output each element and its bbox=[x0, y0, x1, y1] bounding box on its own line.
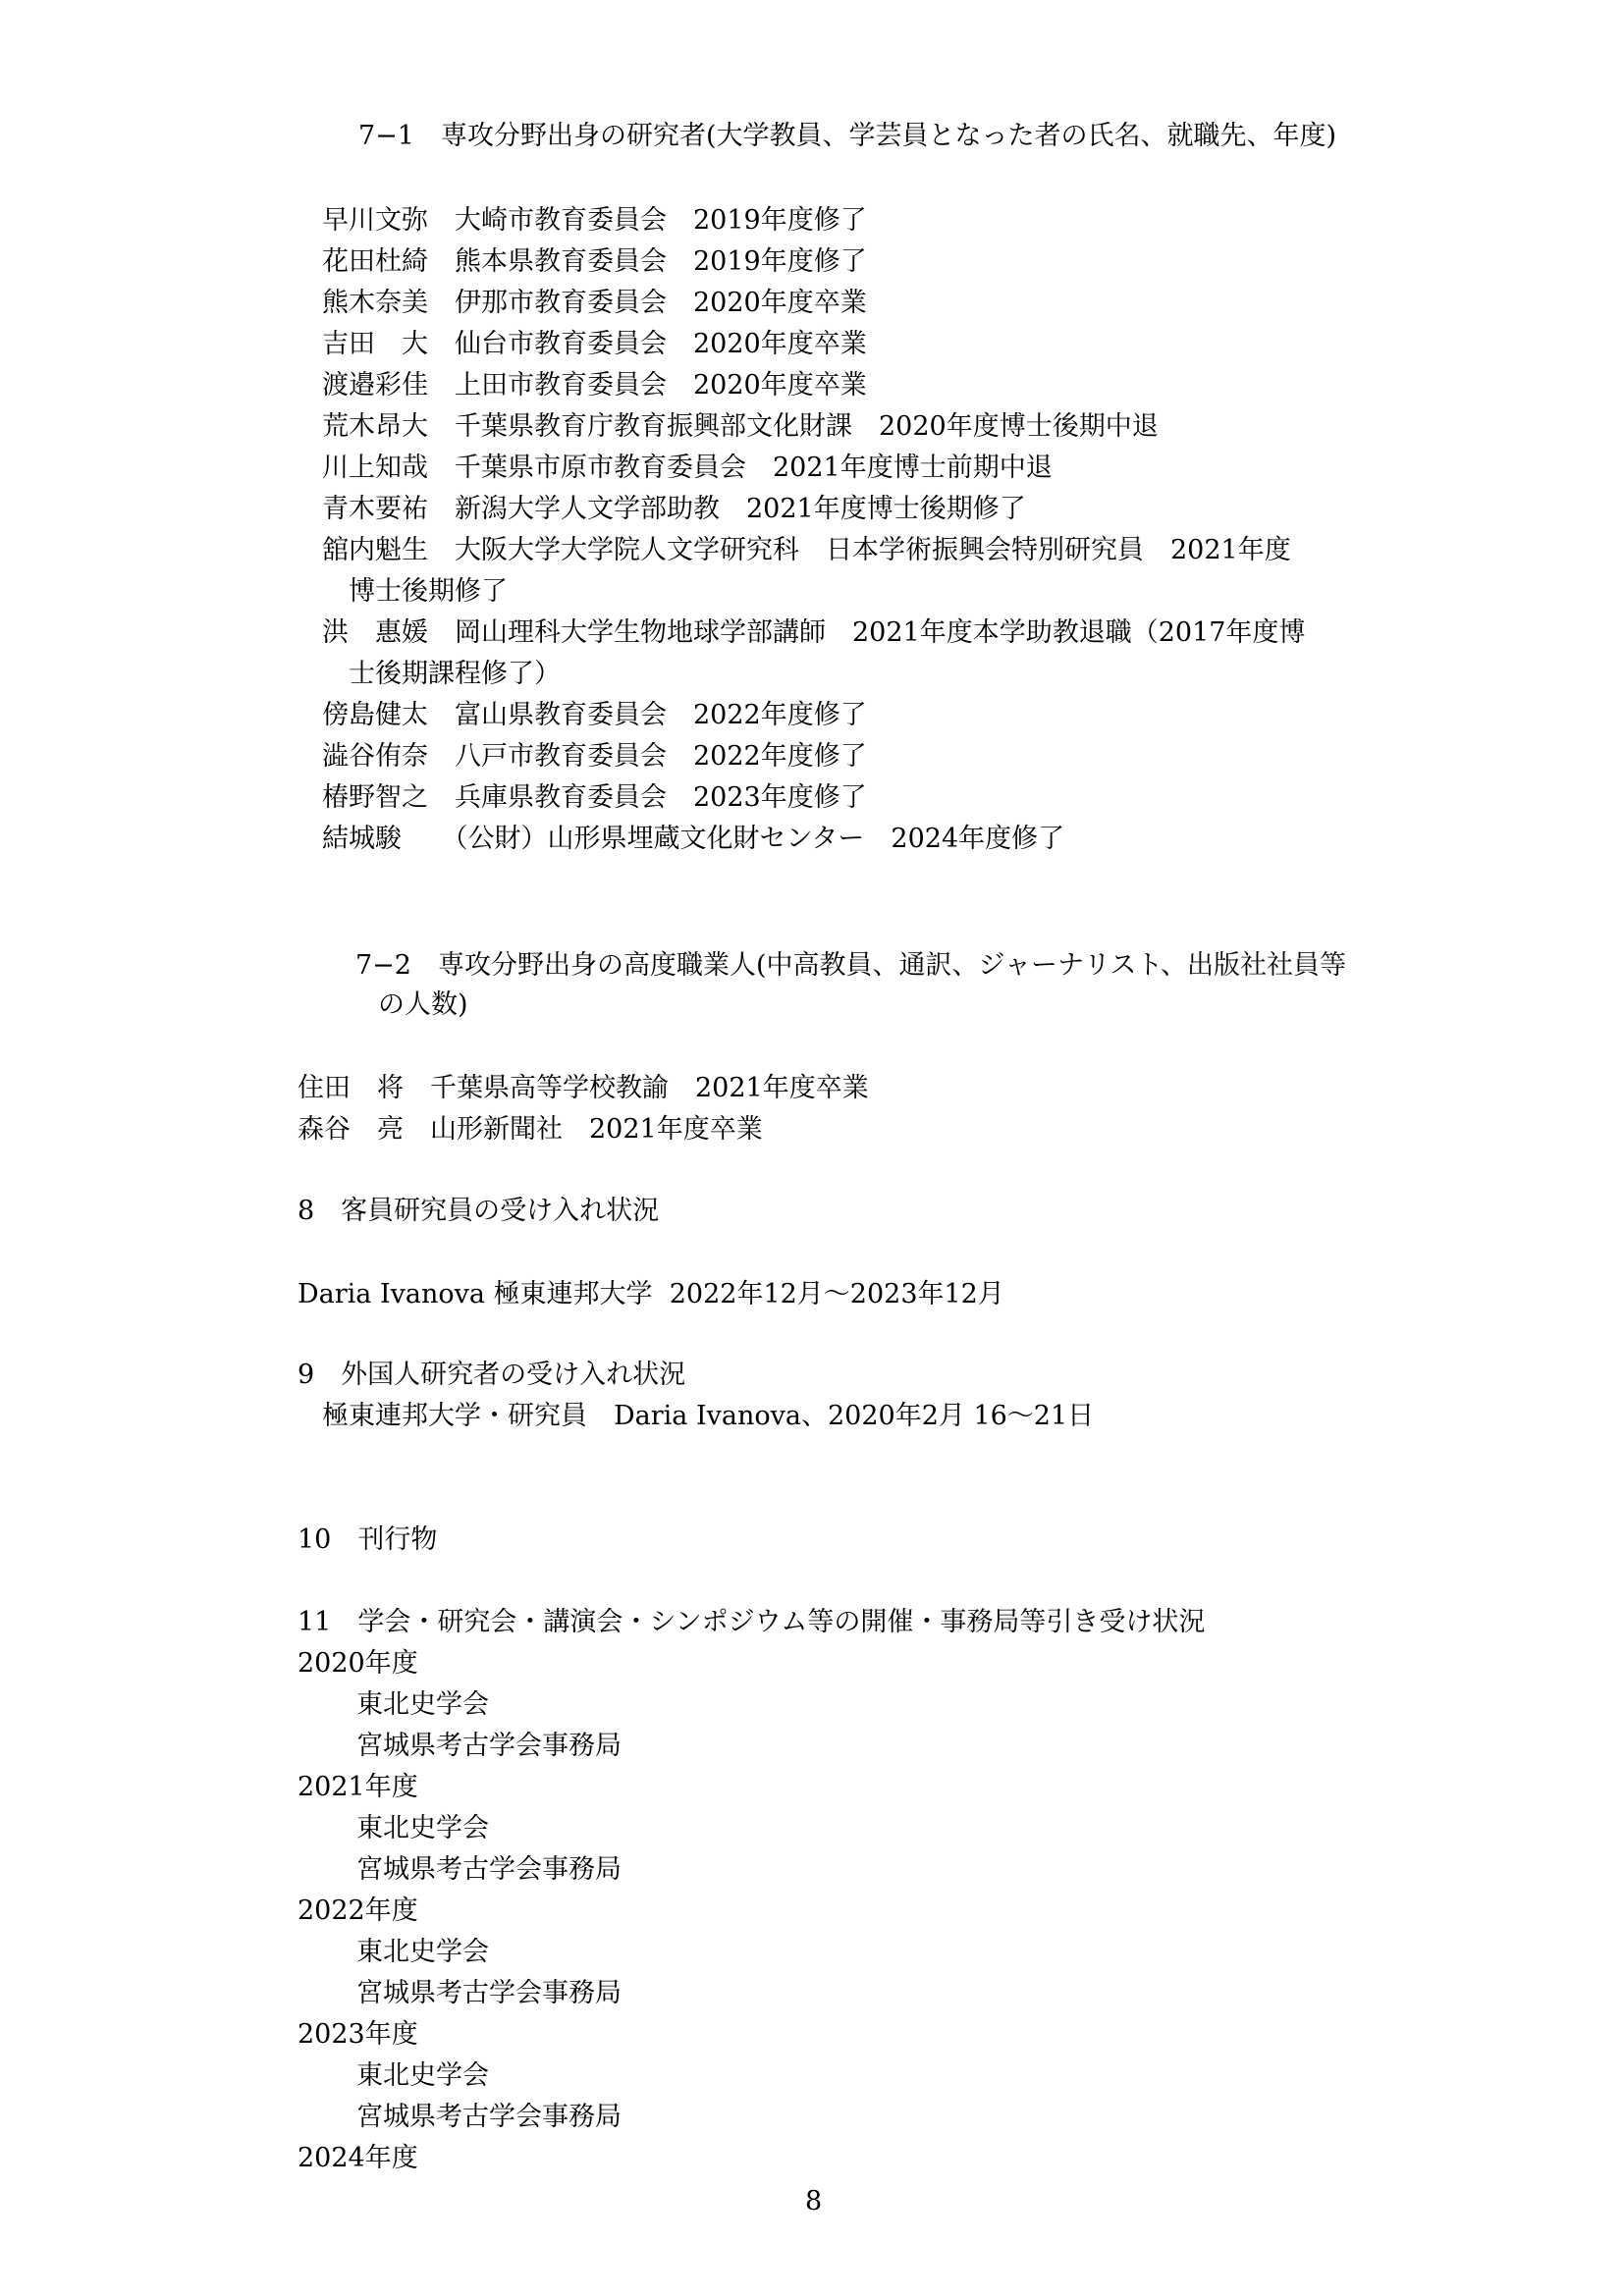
year-label: 2021年度 bbox=[298, 1771, 418, 1804]
page-number: 8 bbox=[805, 2185, 822, 2218]
list-item: 宮城県考古学会事務局 bbox=[356, 1730, 622, 1763]
list-item: 早川文弥 大崎市教育委員会 2019年度修了 bbox=[322, 204, 867, 238]
list-item: 舘内魁生 大阪大学大学院人文学研究科 日本学術振興会特別研究員 2021年度 bbox=[322, 534, 1291, 567]
year-label: 2023年度 bbox=[298, 2018, 418, 2052]
section-7-2-heading-continuation: の人数) bbox=[378, 988, 468, 1022]
list-item: 荒木昂大 千葉県教育庁教育振興部文化財課 2020年度博士後期中退 bbox=[322, 410, 1159, 444]
section-8-heading: 8 客員研究員の受け入れ状況 bbox=[298, 1195, 659, 1228]
list-item-continuation: 博士後期修了 bbox=[349, 575, 508, 609]
list-item: 宮城県考古学会事務局 bbox=[356, 1977, 622, 2010]
list-item: 宮城県考古学会事務局 bbox=[356, 1853, 622, 1887]
list-item: 洪 惠媛 岡山理科大学生物地球学部講師 2021年度本学助教退職（2017年度博 bbox=[322, 616, 1305, 650]
list-item: 住田 将 千葉県高等学校教諭 2021年度卒業 bbox=[298, 1072, 869, 1105]
section-7-2-heading: 7−2 専攻分野出身の高度職業人(中高教員、通訳、ジャーナリスト、出版社社員等 bbox=[355, 949, 1346, 983]
list-item: 渡邉彩佳 上田市教育委員会 2020年度卒業 bbox=[322, 369, 867, 402]
section-11-heading: 11 学会・研究会・講演会・シンポジウム等の開催・事務局等引き受け状況 bbox=[298, 1606, 1205, 1639]
section-10-heading: 10 刊行物 bbox=[298, 1523, 437, 1557]
year-label: 2020年度 bbox=[298, 1647, 418, 1681]
list-item: 青木要祐 新潟大学人文学部助教 2021年度博士後期修了 bbox=[322, 493, 1026, 526]
section-9-heading: 9 外国人研究者の受け入れ状況 bbox=[298, 1359, 685, 1392]
list-item: 花田杜綺 熊本県教育委員会 2019年度修了 bbox=[322, 245, 867, 279]
section-7-1-heading: 7−1 専攻分野出身の研究者(大学教員、学芸員となった者の氏名、就職先、年度) bbox=[358, 120, 1336, 153]
list-item: 傍島健太 富山県教育委員会 2022年度修了 bbox=[322, 699, 867, 732]
list-item: 東北史学会 bbox=[356, 1812, 489, 1845]
list-item: Daria Ivanova 極東連邦大学 2022年12月〜2023年12月 bbox=[298, 1278, 1004, 1311]
list-item: 結城駿 （公財）山形県埋蔵文化財センター 2024年度修了 bbox=[322, 823, 1064, 856]
list-item: 東北史学会 bbox=[356, 1688, 489, 1722]
list-item: 澁谷侑奈 八戸市教育委員会 2022年度修了 bbox=[322, 740, 867, 774]
year-label: 2024年度 bbox=[298, 2142, 418, 2175]
list-item: 椿野智之 兵庫県教育委員会 2023年度修了 bbox=[322, 781, 867, 815]
list-item: 東北史学会 bbox=[356, 2059, 489, 2093]
list-item: 宮城県考古学会事務局 bbox=[356, 2101, 622, 2134]
list-item: 東北史学会 bbox=[356, 1936, 489, 1969]
list-item: 極東連邦大学・研究員 Daria Ivanova、2020年2月 16〜21日 bbox=[322, 1400, 1094, 1433]
list-item: 熊木奈美 伊那市教育委員会 2020年度卒業 bbox=[322, 287, 867, 320]
list-item: 森谷 亮 山形新聞社 2021年度卒業 bbox=[298, 1113, 763, 1147]
list-item-continuation: 士後期課程修了） bbox=[349, 658, 561, 691]
list-item: 吉田 大 仙台市教育委員会 2020年度卒業 bbox=[322, 328, 867, 361]
year-label: 2022年度 bbox=[298, 1895, 418, 1928]
list-item: 川上知哉 千葉県市原市教育委員会 2021年度博士前期中退 bbox=[322, 452, 1053, 485]
